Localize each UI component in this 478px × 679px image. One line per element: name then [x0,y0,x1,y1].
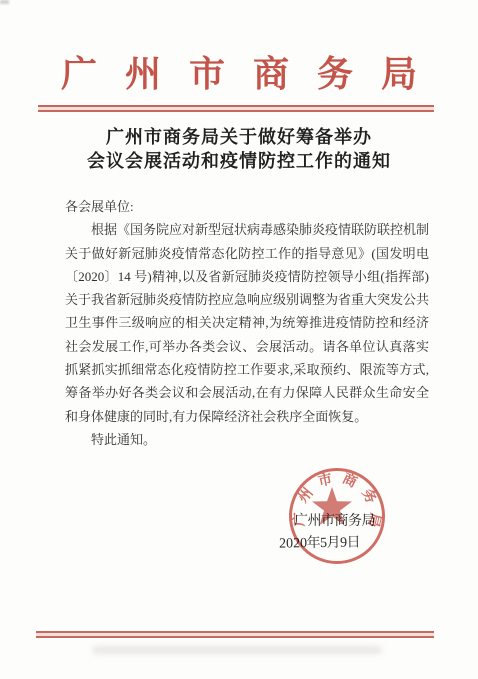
notice-title: 广州市商务局关于做好筹备举办 会议会展活动和疫情防控工作的通知 [0,126,478,173]
closing-line: 特此通知。 [65,428,429,451]
scan-artifact [0,0,9,4]
official-seal: 广州市商务局 [287,466,387,566]
footer-double-rule [36,631,434,638]
scanned-notice-page: 广州市商务局 广州市商务局关于做好筹备举办 会议会展活动和疫情防控工作的通知 各… [0,0,478,679]
salutation: 各会展单位: [65,195,429,218]
body-paragraph: 根据《国务院应对新型冠状病毒感染肺炎疫情联防联控机制关于做好新冠肺炎疫情常态化防… [65,218,429,428]
notice-body: 各会展单位: 根据《国务院应对新型冠状病毒感染肺炎疫情联防联控机制关于做好新冠肺… [65,195,429,451]
letterhead-double-rule [38,105,434,112]
notice-title-line1: 广州市商务局关于做好筹备举办 [106,127,372,147]
notice-title-line2: 会议会展活动和疫情防控工作的通知 [87,151,391,171]
letterhead-agency-name: 广州市商务局 [0,52,478,96]
bleedthrough-smudge [92,646,382,654]
